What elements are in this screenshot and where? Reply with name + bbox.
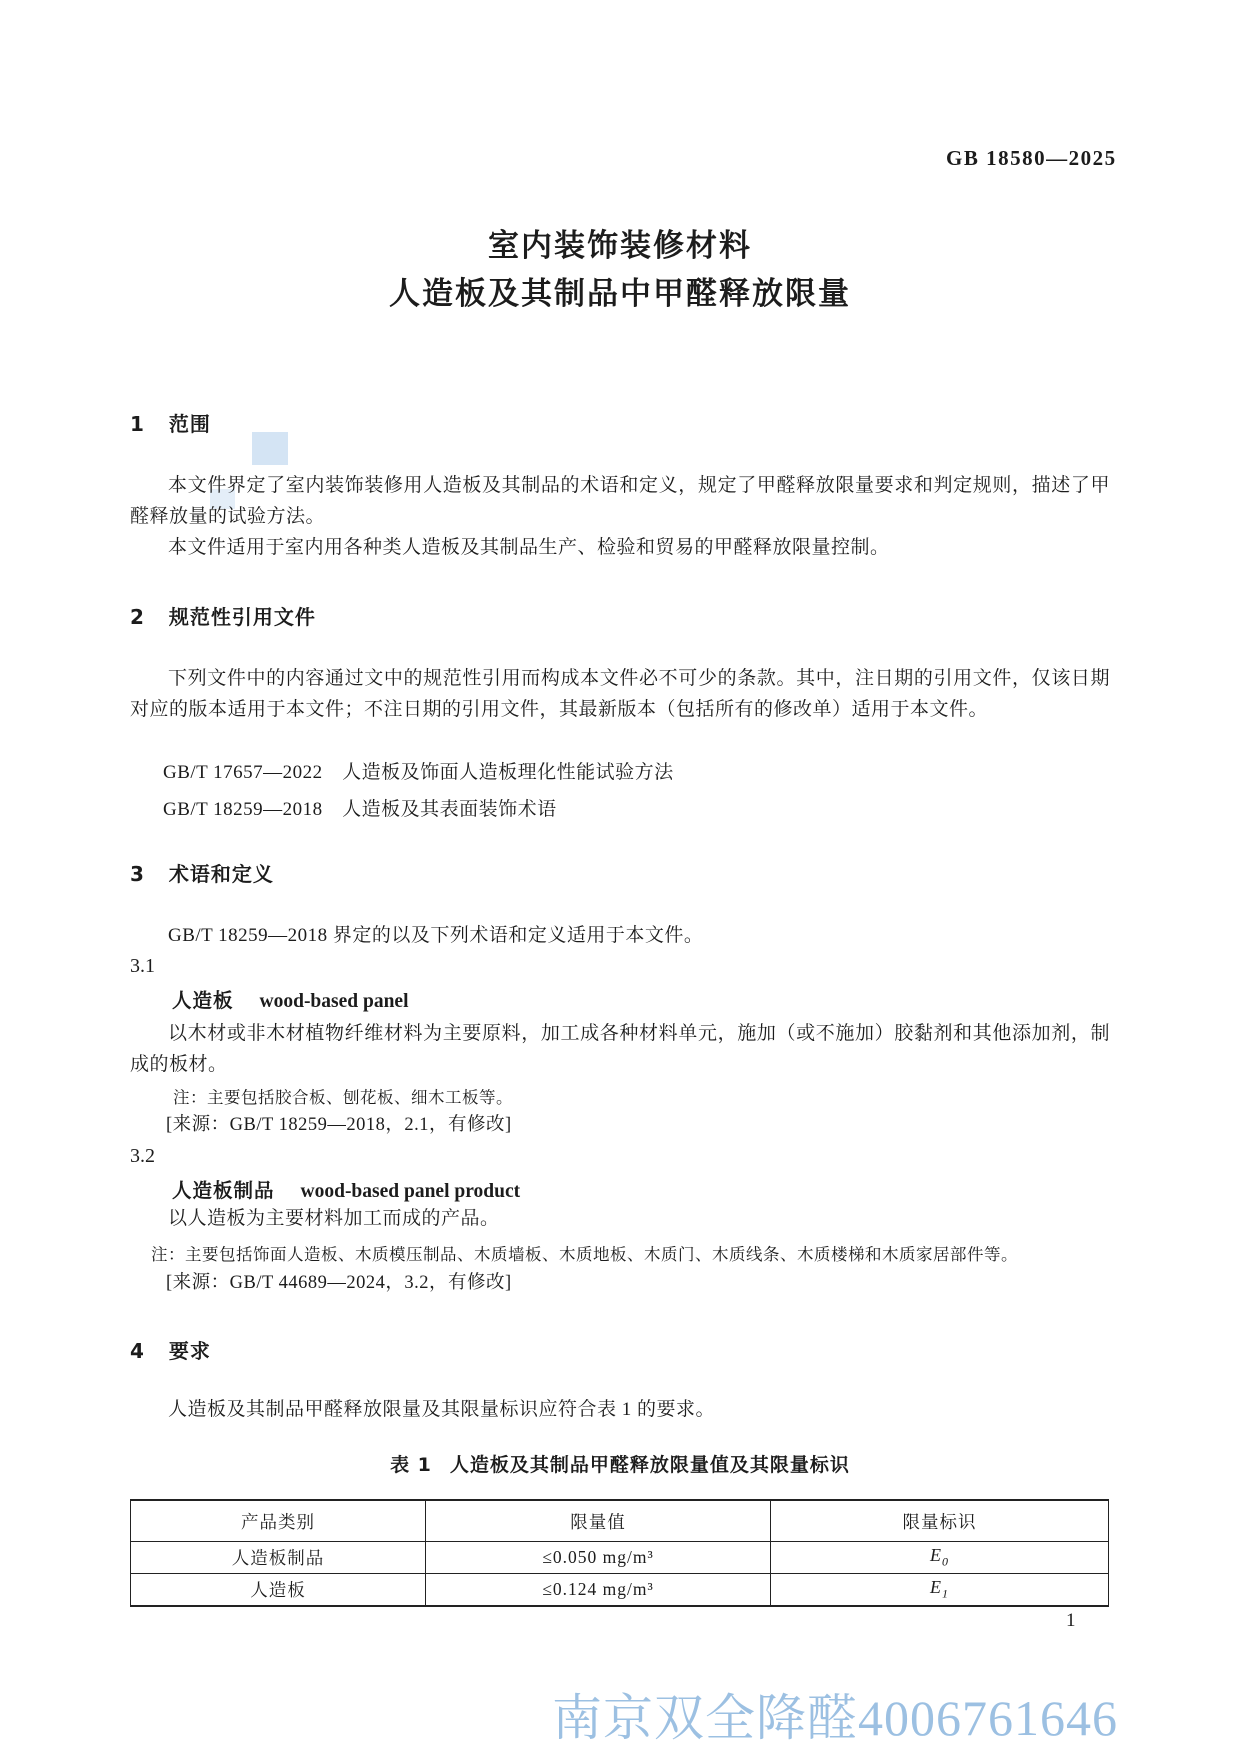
column-header-limit-mark: 限量标识: [771, 1500, 1109, 1542]
section-2-paragraph: 下列文件中的内容通过文中的规范性引用而构成本文件必不可少的条款。其中，注日期的引…: [130, 664, 1110, 725]
normative-reference: GB/T 17657—2022 人造板及饰面人造板理化性能试验方法: [130, 757, 1143, 784]
column-header-category: 产品类别: [131, 1500, 426, 1542]
term-1-definition: 以木材或非木材植物纤维材料为主要原料，加工成各种材料单元，施加（或不施加）胶黏剂…: [130, 1019, 1110, 1080]
section-1-title: 范围: [169, 412, 211, 436]
term-2-note: 注：主要包括饰面人造板、木质模压制品、木质墙板、木质地板、木质门、木质线条、木质…: [130, 1241, 1131, 1265]
table-header-row: 产品类别 限量值 限量标识: [131, 1500, 1109, 1542]
document-title-line2: 人造板及其制品中甲醛释放限量: [130, 270, 1110, 318]
term-1-source: [来源：GB/T 18259—2018，2.1，有修改]: [130, 1110, 1146, 1136]
section-3-intro: GB/T 18259—2018 界定的以及下列术语和定义适用于本文件。: [130, 921, 1110, 952]
section-3-number: 3: [130, 862, 145, 886]
term-1-name: 人造板wood-based panel: [130, 985, 1152, 1013]
term-1-note: 注：主要包括胶合板、刨花板、细木工板等。: [130, 1084, 1153, 1108]
section-4-number: 4: [130, 1339, 145, 1363]
section-4-heading: 4要求: [130, 1335, 1110, 1364]
cell-limit-mark: E1: [771, 1574, 1109, 1607]
section-2-number: 2: [130, 605, 145, 629]
standard-number: GB 18580—2025: [946, 146, 1117, 171]
cell-limit-value: ≤0.124 mg/m³: [426, 1574, 771, 1607]
table-row: 人造板制品 ≤0.050 mg/m³ E0: [131, 1542, 1109, 1574]
section-2-title: 规范性引用文件: [169, 605, 316, 629]
table-1-caption-label: 表 1: [390, 1454, 432, 1476]
section-4-paragraph: 人造板及其制品甲醛释放限量及其限量标识应符合表 1 的要求。: [130, 1395, 1110, 1426]
table-row: 人造板 ≤0.124 mg/m³ E1: [131, 1574, 1109, 1607]
term-2-definition: 以人造板为主要材料加工而成的产品。: [130, 1204, 1110, 1235]
term-2-name: 人造板制品wood-based panel product: [130, 1175, 1152, 1203]
document-title-line1: 室内装饰装修材料: [130, 222, 1110, 270]
document-page: GB 18580—2025 室内装饰装修材料 人造板及其制品中甲醛释放限量 1范…: [0, 0, 1241, 1755]
term-1-name-zh: 人造板: [172, 989, 234, 1012]
document-title: 室内装饰装修材料 人造板及其制品中甲醛释放限量: [130, 222, 1110, 318]
term-2-name-en: wood-based panel product: [301, 1181, 521, 1202]
normative-reference: GB/T 18259—2018 人造板及其表面装饰术语: [130, 794, 1143, 821]
bottom-watermark-text: 南京双全降醛4006761646: [552, 1678, 1118, 1750]
section-1-heading: 1范围: [130, 408, 1110, 437]
section-4-title: 要求: [169, 1339, 211, 1363]
term-2-name-zh: 人造板制品: [172, 1179, 275, 1202]
section-1-number: 1: [130, 412, 145, 436]
column-header-limit-value: 限量值: [426, 1500, 771, 1542]
term-2-source: [来源：GB/T 44689—2024，3.2，有修改]: [130, 1268, 1146, 1294]
section-1-paragraph: 本文件适用于室内用各种类人造板及其制品生产、检验和贸易的甲醛释放限量控制。: [130, 533, 1110, 564]
section-1-paragraph: 本文件界定了室内装饰装修用人造板及其制品的术语和定义，规定了甲醛释放限量要求和判…: [130, 471, 1110, 532]
cell-limit-mark: E0: [771, 1542, 1109, 1574]
term-1-id: 3.1: [130, 955, 1110, 978]
table-1-caption-text: 人造板及其制品甲醛释放限量值及其限量标识: [450, 1454, 850, 1476]
table-1-caption: 表 1人造板及其制品甲醛释放限量值及其限量标识: [130, 1450, 1110, 1477]
limits-table: 产品类别 限量值 限量标识 人造板制品 ≤0.050 mg/m³ E0 人造板 …: [130, 1499, 1110, 1607]
term-1-name-en: wood-based panel: [260, 991, 409, 1012]
cell-category: 人造板: [131, 1574, 426, 1607]
cell-category: 人造板制品: [131, 1542, 426, 1574]
section-3-title: 术语和定义: [169, 862, 274, 886]
page-number: 1: [1066, 1610, 1076, 1632]
section-3-heading: 3术语和定义: [130, 858, 1110, 887]
term-2-id: 3.2: [130, 1145, 1110, 1168]
section-2-heading: 2规范性引用文件: [130, 601, 1110, 630]
cell-limit-value: ≤0.050 mg/m³: [426, 1542, 771, 1574]
